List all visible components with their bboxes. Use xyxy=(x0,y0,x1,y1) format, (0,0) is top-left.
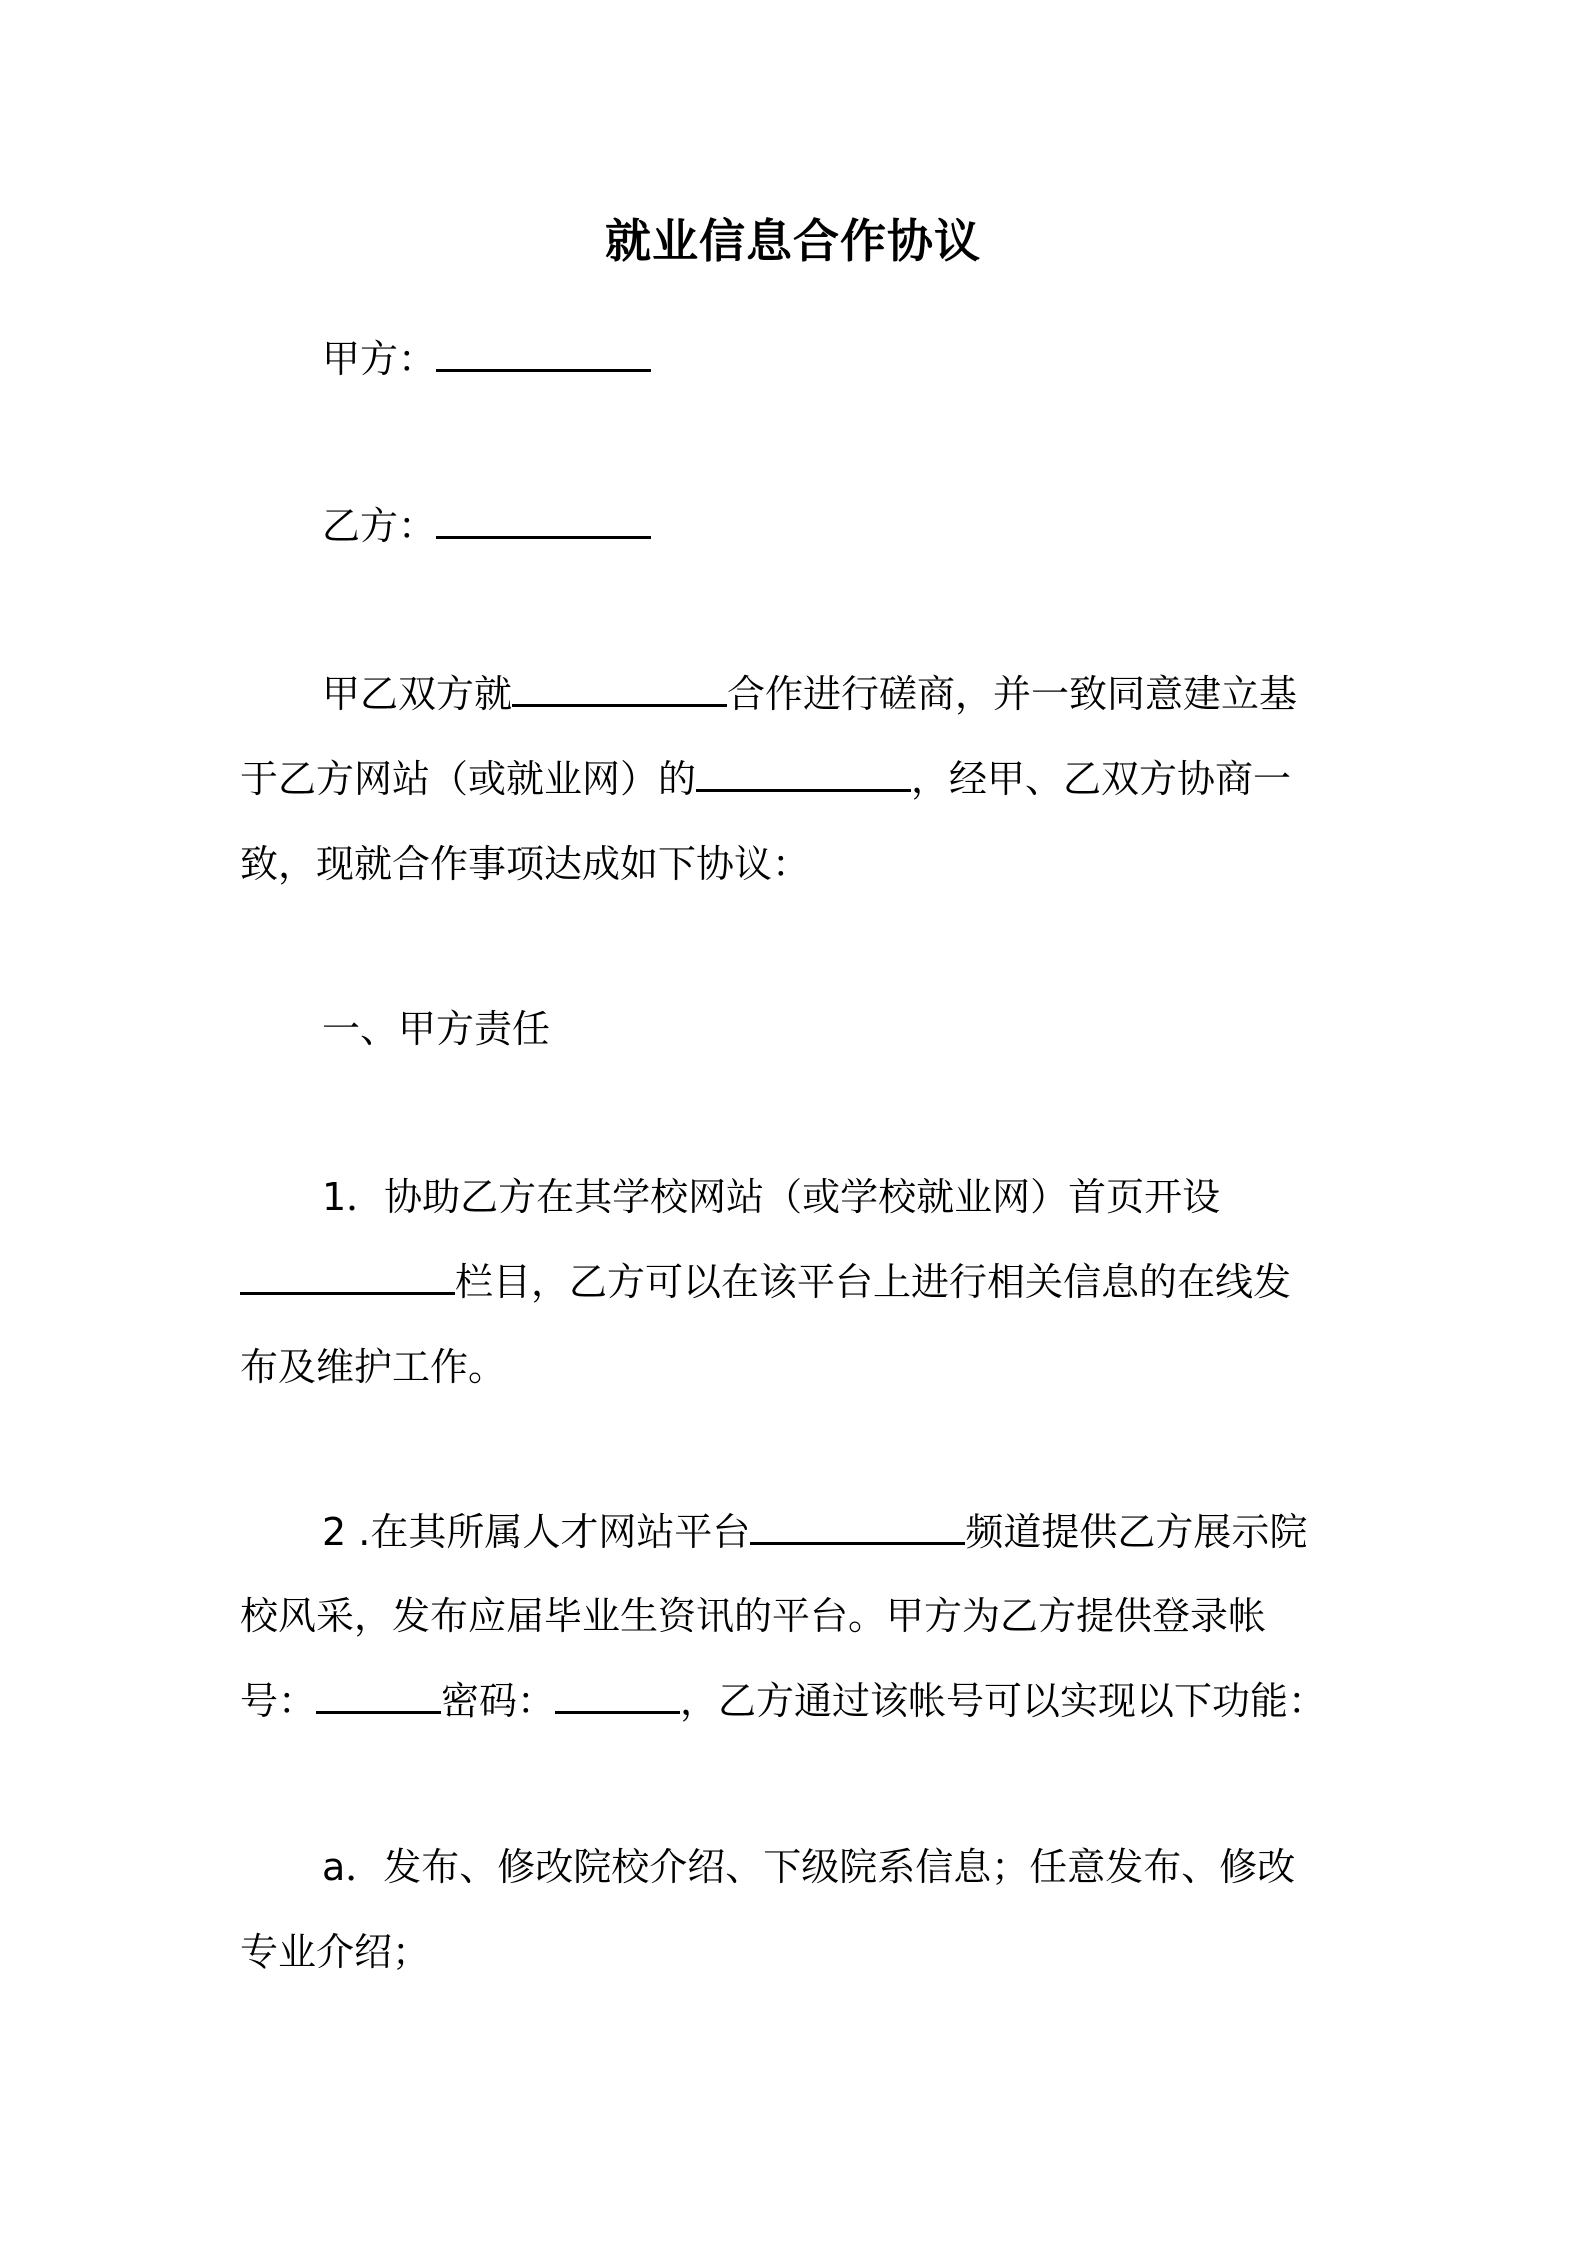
item2-line-1: 2 .在其所属人才网站平台频道提供乙方展示院 xyxy=(322,1508,1442,1556)
item-a-line-2: 专业介绍； xyxy=(240,1928,1360,1976)
cooperation-blank[interactable] xyxy=(512,670,727,707)
preamble-line-2: 于乙方网站（或就业网）的，经甲、乙双方协商一 xyxy=(240,755,1360,803)
item2-line-3: 号：密码：，乙方通过该帐号可以实现以下功能： xyxy=(240,1677,1360,1725)
party-b-label: 乙方： xyxy=(322,504,436,548)
party-a-label: 甲方： xyxy=(322,337,436,381)
password-label: 密码： xyxy=(441,1679,555,1723)
channel-blank[interactable] xyxy=(750,1508,965,1545)
item1-line-1: 1．协助乙方在其学校网站（或学校就业网）首页开设 xyxy=(322,1173,1442,1221)
item2-text: 频道提供乙方展示院 xyxy=(965,1510,1307,1554)
section-heading: 一、甲方责任 xyxy=(322,1005,1442,1053)
party-b-blank[interactable] xyxy=(436,502,651,539)
password-blank[interactable] xyxy=(555,1677,680,1714)
item-a-line-1: a．发布、修改院校介绍、下级院系信息；任意发布、修改 xyxy=(322,1843,1442,1891)
preamble-text: 合作进行磋商，并一致同意建立基 xyxy=(727,672,1297,716)
account-blank[interactable] xyxy=(316,1677,441,1714)
preamble-text: ，经甲、乙双方协商一 xyxy=(911,757,1291,801)
preamble-line-1: 甲乙双方就合作进行磋商，并一致同意建立基 xyxy=(322,670,1442,718)
party-a-blank[interactable] xyxy=(436,335,651,372)
item2-text: 2 .在其所属人才网站平台 xyxy=(322,1510,750,1554)
preamble-text: 甲乙双方就 xyxy=(322,672,512,716)
item2-text: ，乙方通过该帐号可以实现以下功能： xyxy=(680,1679,1326,1723)
item1-line-3: 布及维护工作。 xyxy=(240,1343,1360,1391)
party-a-line: 甲方： xyxy=(322,335,1442,383)
platform-blank[interactable] xyxy=(696,755,911,792)
preamble-text: 于乙方网站（或就业网）的 xyxy=(240,757,696,801)
preamble-line-3: 致，现就合作事项达成如下协议： xyxy=(240,840,1360,888)
document-title: 就业信息合作协议 xyxy=(0,205,1586,271)
column-blank[interactable] xyxy=(240,1258,455,1295)
party-b-line: 乙方： xyxy=(322,502,1442,550)
item1-line-2: 栏目，乙方可以在该平台上进行相关信息的在线发 xyxy=(240,1258,1360,1306)
account-label: 号： xyxy=(240,1679,316,1723)
item2-line-2: 校风采，发布应届毕业生资讯的平台。甲方为乙方提供登录帐 xyxy=(240,1592,1360,1640)
document-page: 就业信息合作协议 甲方： 乙方： 甲乙双方就合作进行磋商，并一致同意建立基 于乙… xyxy=(0,0,1586,2244)
item1-text: 栏目，乙方可以在该平台上进行相关信息的在线发 xyxy=(455,1260,1291,1304)
